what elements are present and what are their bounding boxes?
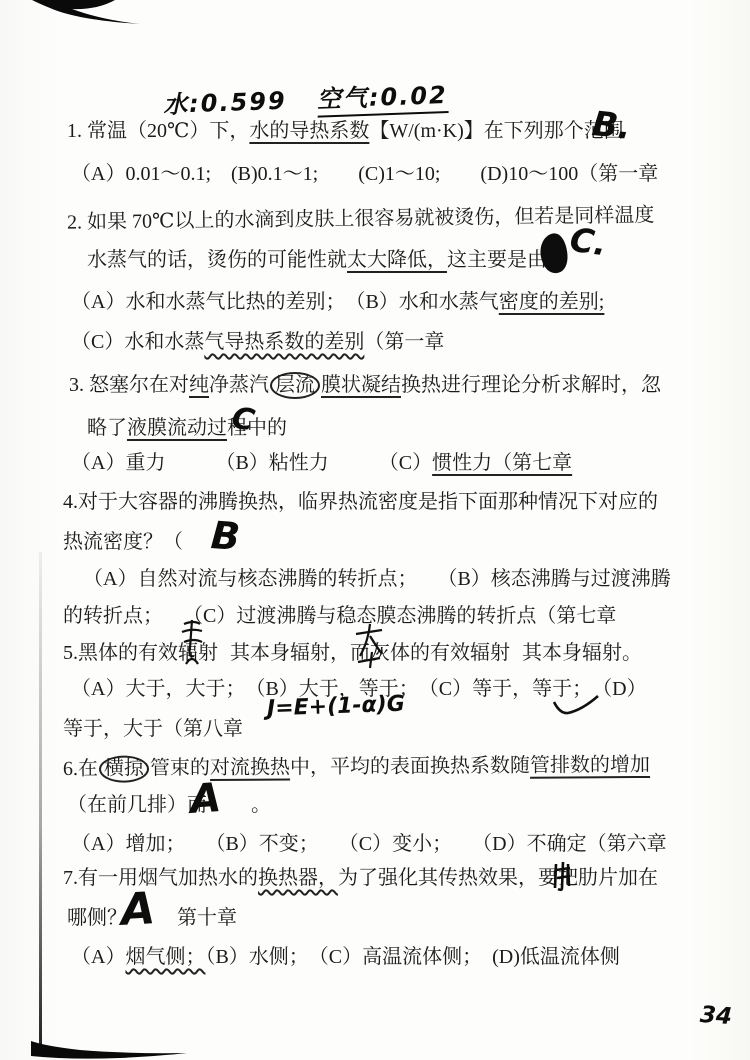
q2-underlined-phrase: 太大降低，: [347, 249, 447, 271]
question-1-text: 1. 常温（20℃）下，水的导热系数【W/(m·K)】在下列那个范围: [67, 118, 624, 145]
q7-text-2: 为了强化其传热效果，要把: [338, 867, 578, 889]
q2-option-b-underlined: 密度的差别;: [499, 291, 605, 313]
q7-chapter-ref: 第十章: [177, 907, 237, 929]
question-4-option-c: 的转折点； （C）过渡沸腾与稳态膜态沸腾的转折点（第七章: [63, 603, 616, 630]
question-2-option-c: （C）水和水蒸气导热系数的差别（第一章: [71, 329, 444, 356]
handwritten-scribbled-answer-q2: [537, 231, 571, 277]
question-2-options-ab: （A）水和水蒸气比热的差别； （B）水和水蒸气密度的差别;: [71, 289, 604, 316]
handwritten-insert-mark-1: [178, 618, 206, 668]
q5-option-d-text: 等于，大于（第八章: [63, 718, 243, 740]
q4-text: 4.对于大容器的沸腾换热，临界热流密度是指下面那种情况下对应的: [63, 491, 658, 513]
handwritten-page-number: 34: [699, 1002, 733, 1030]
handwritten-insert-mark-2: [352, 622, 386, 670]
scanned-exam-page: 水:0.599 空气:0.02 1. 常温（20℃）下，水的导热系数【W/(m·…: [0, 0, 750, 1060]
q7-underlined-term: 换热器，: [258, 867, 338, 889]
note-water-value: 水:0.599: [163, 87, 287, 119]
question-6-options: （A）增加； （B）不变； （C）变小； （D）不确定（第六章: [71, 831, 667, 858]
question-3-text: 3. 怒塞尔在对纯净蒸汽层流膜状凝结换热进行理论分析求解时，忽: [69, 372, 661, 399]
q3-options-text: （A）重力 （B）粘性力 （C）: [71, 452, 432, 474]
handwritten-formula: J=E+(1-α)G: [267, 692, 406, 722]
q2-option-c-end: （第一章: [364, 331, 444, 353]
q3-option-c-underlined: 惯性力（第七章: [432, 452, 572, 474]
scan-bottom-artifact: [30, 1040, 190, 1060]
q2-option-c: （C）水和水蒸: [71, 331, 204, 353]
question-4-text-2: 热流密度？（: [63, 529, 183, 556]
page-edge-line: [39, 552, 42, 1048]
question-7-options: （A）烟气侧；（B）水侧； （C）高温流体侧； (D)低温流体侧: [71, 944, 620, 971]
handwritten-answer-q2: C.: [567, 220, 609, 264]
q7-text-3: 片加在: [598, 867, 658, 889]
question-5-options-cont: 等于，大于（第八章: [63, 716, 243, 743]
q6-underlined-phrase: 管排数的增加: [530, 754, 650, 777]
scan-corner-artifact: [22, 0, 147, 30]
q3-underlined-char: 纯: [189, 374, 209, 396]
question-3-text-2: 略了液膜流动过程中的: [87, 415, 287, 442]
q1-underlined-term: 水的导热系数: [249, 120, 369, 142]
handwritten-note: 水:0.599 空气:0.02: [162, 75, 448, 120]
question-6-text-2: （在前几排）而。: [67, 792, 271, 819]
q2-text-cont: 水蒸气的话，烫伤的可能性就: [87, 249, 347, 271]
q7-options-rest: （B）水侧； （C）高温流体侧； (D)低温流体侧: [205, 946, 619, 968]
q7-option-a-label: （A）: [71, 946, 125, 968]
q3-text-cont: 略了: [87, 417, 127, 439]
handwritten-answer-q4: B: [210, 513, 242, 559]
q6-text-3: 中，平均的表面换热系数随: [290, 755, 530, 779]
note-air-value: 空气:0.02: [316, 81, 448, 118]
q2-text: 2. 如果 70℃以上的水滴到皮肤上很容易就被烫伤，但若是同样温度: [67, 204, 655, 233]
q3-text-2: 净蒸汽: [209, 374, 269, 396]
q1-options-text: （A）0.01～0.1; (B)0.1～1; (C)1～10; (D)10～10…: [71, 163, 658, 185]
q4-option-c-text: 的转折点； （C）过渡沸腾与稳态膜态沸腾的转折点（第七章: [63, 605, 616, 627]
q4-options-text: （A）自然对流与核态沸腾的转折点； （B）核态沸腾与过渡沸腾: [83, 568, 671, 590]
q7-corrected-char: 肋: [578, 867, 598, 889]
q3-circled-term: 层流: [270, 372, 320, 399]
handwritten-answer-q6: A: [188, 775, 222, 823]
question-2-text-2: 水蒸气的话，烫伤的可能性就太大降低，这主要是由于: [87, 247, 567, 274]
q6-text: 6.在: [63, 758, 98, 780]
question-4-text: 4.对于大容器的沸腾换热，临界热流密度是指下面那种情况下对应的: [63, 489, 658, 516]
q6-options-text: （A）增加； （B）不变； （C）变小； （D）不确定（第六章: [71, 833, 667, 855]
handwritten-scribble-over-char: [550, 860, 576, 892]
q3-text: 3. 怒塞尔在对: [69, 374, 189, 396]
q6-text-end: 。: [251, 794, 271, 816]
question-4-options-ab: （A）自然对流与核态沸腾的转折点； （B）核态沸腾与过渡沸腾: [83, 566, 671, 593]
q2-option-c-underlined: 气导热系数的差别: [204, 331, 364, 353]
question-1-options: （A）0.01～0.1; (B)0.1～1; (C)1～10; (D)10～10…: [71, 161, 658, 188]
handwritten-answer-q1: B.: [590, 104, 633, 148]
handwritten-checkmark-q5: [550, 692, 602, 718]
question-6-text: 6.在横掠管束的对流换热中，平均的表面换热系数随管排数的增加: [63, 752, 650, 783]
q6-text-cont: （在前几排）而: [67, 794, 207, 816]
q1-text: 1. 常温（20℃）下，: [67, 120, 249, 142]
q5-text-3: 其本身辐射。: [522, 642, 642, 664]
q6-circled-term: 横掠: [99, 755, 149, 782]
q3-underlined-phrase: 液膜流动过: [127, 417, 227, 439]
q3-text-3: 换热进行理论分析求解时，忽: [401, 374, 661, 396]
question-3-options: （A）重力 （B）粘性力 （C）惯性力（第七章: [71, 450, 572, 477]
q4-text-cont: 热流密度？（: [63, 531, 183, 553]
q6-underlined-term: 对流换热: [210, 756, 290, 779]
q7-text-cont: 哪侧？: [67, 907, 127, 929]
q7-option-a-underlined: 烟气侧；: [125, 946, 205, 968]
handwritten-answer-q7: A: [120, 883, 157, 936]
q3-underlined-term: 膜状凝结: [321, 374, 401, 396]
q7-text: 7.有一用烟气加热水的: [63, 867, 258, 889]
q1-text-cont: 【W/(m·K)】在下列那个范围: [369, 120, 623, 142]
q2-option-a-b: （A）水和水蒸气比热的差别； （B）水和水蒸气: [71, 291, 499, 313]
